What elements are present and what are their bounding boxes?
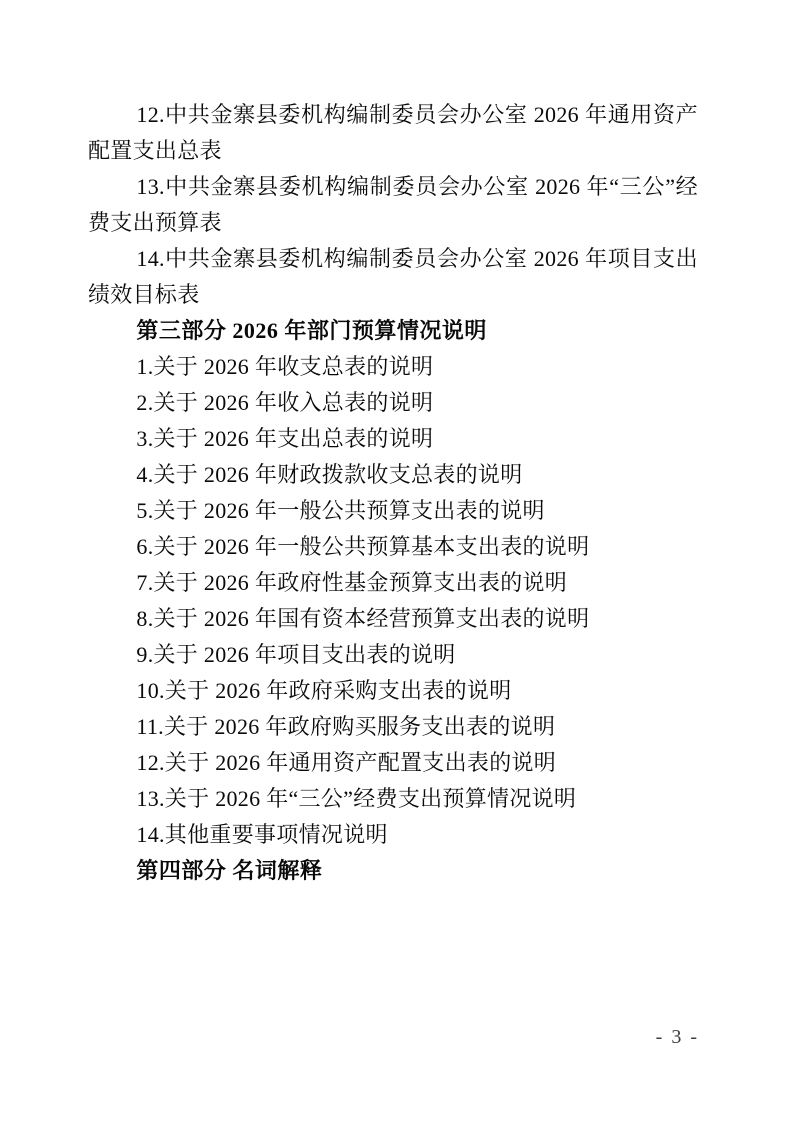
section3-item-12: 12.关于 2026 年通用资产配置支出表的说明 [88,745,698,781]
section4-heading: 第四部分 名词解释 [88,853,698,889]
page-number: - 3 - [656,1026,699,1049]
section3-item-11: 11.关于 2026 年政府购买服务支出表的说明 [88,709,698,745]
toc-table-item-12: 12.中共金寨县委机构编制委员会办公室 2026 年通用资产配置支出总表 [88,97,698,169]
section3-item-8: 8.关于 2026 年国有资本经营预算支出表的说明 [88,601,698,637]
section3-item-5: 5.关于 2026 年一般公共预算支出表的说明 [88,493,698,529]
section3-item-6: 6.关于 2026 年一般公共预算基本支出表的说明 [88,529,698,565]
section3-item-13: 13.关于 2026 年“三公”经费支出预算情况说明 [88,781,698,817]
toc-table-item-14: 14.中共金寨县委机构编制委员会办公室 2026 年项目支出绩效目标表 [88,241,698,313]
document-body: 12.中共金寨县委机构编制委员会办公室 2026 年通用资产配置支出总表 13.… [88,97,698,889]
section3-item-2: 2.关于 2026 年收入总表的说明 [88,385,698,421]
section3-item-1: 1.关于 2026 年收支总表的说明 [88,349,698,385]
document-page: 12.中共金寨县委机构编制委员会办公室 2026 年通用资产配置支出总表 13.… [0,0,793,1122]
section3-heading: 第三部分 2026 年部门预算情况说明 [88,313,698,349]
section3-item-7: 7.关于 2026 年政府性基金预算支出表的说明 [88,565,698,601]
section3-item-4: 4.关于 2026 年财政拨款收支总表的说明 [88,457,698,493]
section3-item-14: 14.其他重要事项情况说明 [88,817,698,853]
section3-item-10: 10.关于 2026 年政府采购支出表的说明 [88,673,698,709]
section3-item-9: 9.关于 2026 年项目支出表的说明 [88,637,698,673]
toc-table-item-13: 13.中共金寨县委机构编制委员会办公室 2026 年“三公”经费支出预算表 [88,169,698,241]
section3-item-3: 3.关于 2026 年支出总表的说明 [88,421,698,457]
